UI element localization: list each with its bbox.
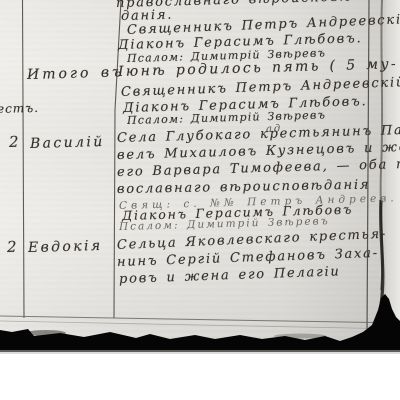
record-number: 2	[7, 238, 17, 256]
record-number: 2	[9, 133, 19, 151]
record-name: Евдокія	[28, 238, 103, 256]
scan-edge-black	[0, 294, 400, 352]
record-name: Василій	[30, 134, 105, 152]
scanned-register-page: православнаго вѣроисповѣ- данія. Священн…	[0, 0, 400, 400]
margin-note-fragment: естъ.	[0, 101, 39, 116]
totals-label: Итого въ	[27, 64, 125, 83]
column-rule-left	[23, 0, 25, 318]
scan-edge-rim	[0, 350, 400, 354]
